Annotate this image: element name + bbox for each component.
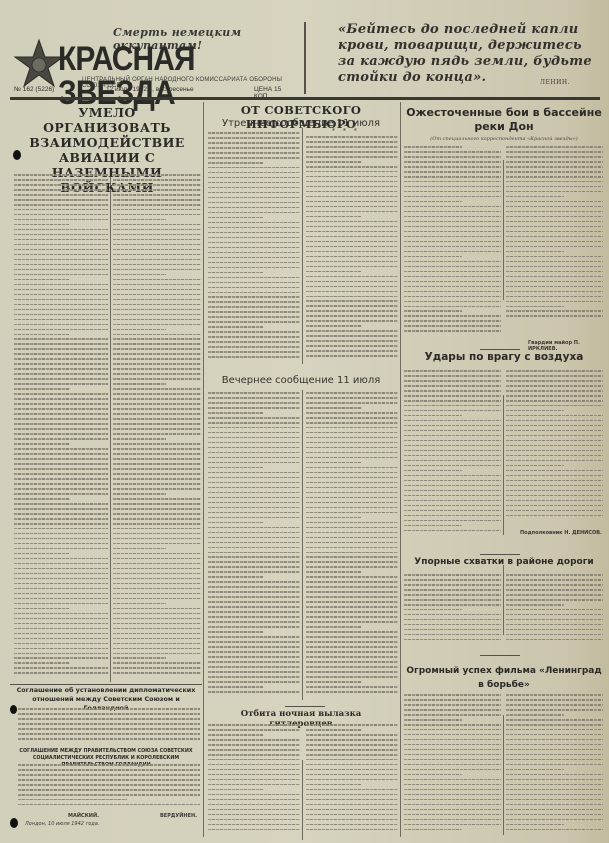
text-line: [113, 628, 201, 630]
text-line: [404, 819, 501, 821]
treaty-signatory-left: МАЙСКИЙ.: [68, 813, 99, 819]
text-line: [14, 613, 108, 615]
text-line: [113, 538, 201, 540]
text-line: [506, 266, 603, 268]
text-line: [506, 634, 603, 636]
text-line: [113, 204, 201, 206]
text-line: [113, 453, 201, 455]
text-line: [306, 759, 398, 761]
text-line: [14, 239, 108, 241]
text-line: [306, 611, 398, 613]
text-line: [306, 749, 398, 751]
text-line: [14, 264, 108, 266]
text-line: [208, 202, 300, 204]
text-line: [14, 657, 108, 659]
text-line: [18, 723, 200, 725]
text-line: [113, 418, 201, 420]
text-line: [306, 417, 398, 419]
text-line: [404, 784, 501, 786]
text-line: [113, 393, 201, 395]
text-line: [506, 236, 603, 238]
text-line: [506, 704, 603, 706]
text-line: [306, 221, 398, 223]
text-line: [208, 407, 300, 409]
text-line: [18, 738, 200, 740]
text-line: [506, 794, 603, 796]
text-line: [404, 261, 501, 263]
text-line: [113, 353, 201, 355]
text-line: [14, 598, 108, 600]
column-rule: [503, 715, 504, 835]
text-line: [14, 174, 108, 176]
text-line: [306, 789, 398, 791]
text-line: [113, 478, 201, 480]
text-line: [113, 563, 201, 565]
text-line: [113, 294, 201, 296]
text-line: [113, 438, 166, 440]
text-line: [208, 641, 300, 643]
text-line: [113, 603, 166, 605]
text-line: [14, 229, 108, 231]
text-line: [404, 176, 501, 178]
text-line: [506, 639, 603, 641]
text-line: [208, 331, 300, 333]
text-line: [404, 480, 501, 482]
text-line: [506, 375, 603, 377]
text-line: [306, 310, 398, 312]
text-line: [113, 373, 201, 375]
text-line: [404, 445, 501, 447]
text-line: [208, 212, 300, 214]
text-line: [306, 537, 398, 539]
text-line: [113, 234, 201, 236]
text-line: [306, 566, 398, 568]
text-line: [506, 490, 603, 492]
text-line: [306, 576, 398, 578]
text-line: [14, 553, 70, 555]
text-line: [208, 676, 300, 678]
text-line: [404, 734, 501, 736]
evening-report-col1: [208, 392, 300, 700]
text-line: [306, 300, 398, 302]
text-line: [208, 321, 300, 323]
text-line: [208, 527, 300, 529]
text-line: [113, 363, 201, 365]
text-line: [506, 734, 603, 736]
text-line: [14, 363, 108, 365]
text-line: [404, 500, 501, 502]
text-line: [113, 433, 201, 435]
text-line: [506, 281, 603, 283]
text-line: [404, 594, 501, 596]
text-line: [113, 189, 201, 191]
text-line: [14, 488, 108, 490]
text-line: [306, 402, 398, 404]
text-line: [14, 179, 108, 181]
text-line: [404, 619, 501, 621]
text-line: [113, 483, 201, 485]
text-line: [113, 324, 201, 326]
sortie-text-col1: [208, 724, 300, 838]
text-line: [208, 532, 300, 534]
text-line: [306, 462, 361, 464]
text-line: [506, 495, 603, 497]
text-line: [506, 799, 603, 801]
text-line: [404, 794, 501, 796]
text-line: [306, 171, 398, 173]
text-line: [113, 199, 201, 201]
air-text-col1: [404, 370, 501, 535]
text-line: [404, 276, 501, 278]
text-line: [306, 819, 398, 821]
text-line: [506, 161, 603, 163]
text-line: [506, 256, 603, 258]
text-line: [113, 209, 201, 211]
text-line: [208, 341, 300, 343]
text-line: [404, 306, 501, 308]
text-line: [404, 370, 501, 372]
text-line: [404, 241, 501, 243]
text-line: [506, 430, 603, 432]
text-line: [113, 648, 201, 650]
text-line: [14, 294, 108, 296]
text-line: [404, 216, 501, 218]
text-line: [306, 681, 361, 683]
text-line: [208, 769, 300, 771]
text-line: [208, 257, 300, 259]
text-line: [404, 505, 501, 507]
issue-number: № 162 (5226): [14, 86, 54, 93]
text-line: [208, 147, 300, 149]
text-line: [506, 291, 603, 293]
text-line: [14, 508, 108, 510]
text-line: [506, 599, 603, 601]
text-line: [306, 734, 398, 736]
text-line: [208, 232, 300, 234]
text-line: [404, 789, 501, 791]
text-line: [506, 824, 564, 826]
text-line: [113, 269, 201, 271]
text-line: [14, 443, 70, 445]
text-line: [113, 378, 201, 380]
text-line: [113, 214, 201, 216]
text-line: [506, 400, 603, 402]
text-line: [404, 415, 462, 417]
don-headline: Ожесточенные бои в бассейне реки Дон: [404, 106, 604, 134]
text-line: [506, 435, 603, 437]
text-line: [14, 194, 108, 196]
text-line: [404, 166, 501, 168]
text-line: [208, 666, 300, 668]
text-line: [404, 530, 501, 532]
text-line: [208, 606, 300, 608]
text-line: [208, 311, 300, 313]
masthead-divider: [304, 22, 306, 94]
text-line: [208, 472, 300, 474]
column-rule: [302, 390, 303, 700]
text-line: [506, 609, 603, 611]
text-line: [113, 289, 201, 291]
text-line: [208, 242, 300, 244]
air-headline: Удары по врагу с воздуха: [404, 351, 604, 363]
text-line: [208, 392, 300, 394]
text-line: [14, 314, 108, 316]
text-line: [404, 201, 462, 203]
text-line: [404, 380, 501, 382]
text-line: [208, 512, 300, 514]
text-line: [306, 291, 398, 293]
text-line: [14, 403, 108, 405]
text-line: [306, 427, 398, 429]
text-line: [306, 452, 398, 454]
text-line: [14, 274, 108, 276]
text-line: [306, 542, 398, 544]
text-line: [506, 624, 603, 626]
text-line: [14, 219, 108, 221]
text-line: [506, 151, 603, 153]
text-line: [113, 334, 201, 336]
text-line: [14, 643, 108, 645]
text-line: [208, 272, 263, 274]
text-line: [506, 296, 603, 298]
text-line: [14, 348, 108, 350]
text-line: [306, 256, 398, 258]
treaty-intro-text: [18, 708, 200, 746]
text-line: [113, 667, 201, 669]
text-line: [306, 141, 398, 143]
text-line: [506, 579, 603, 581]
text-line: [306, 804, 398, 806]
text-line: [404, 744, 501, 746]
text-line: [14, 249, 108, 251]
text-line: [113, 613, 201, 615]
text-line: [113, 343, 201, 345]
text-line: [506, 505, 603, 507]
text-line: [506, 619, 603, 621]
text-line: [306, 186, 398, 188]
text-line: [14, 543, 108, 545]
text-line: [113, 653, 201, 655]
text-line: [506, 769, 564, 771]
text-line: [506, 231, 603, 233]
column-rule: [503, 160, 504, 300]
text-line: [506, 729, 603, 731]
text-line: [208, 252, 300, 254]
text-line: [14, 343, 108, 345]
text-line: [113, 618, 201, 620]
text-line: [404, 256, 462, 258]
text-line: [113, 348, 201, 350]
text-line: [306, 345, 398, 347]
text-line: [306, 407, 361, 409]
text-line: [14, 393, 108, 395]
text-line: [113, 598, 201, 600]
section-divider: [480, 655, 520, 656]
text-line: [113, 219, 166, 221]
text-line: [404, 634, 501, 636]
editorial-text-col2: [113, 174, 201, 679]
text-line: [404, 156, 501, 158]
red-star-icon: [14, 38, 64, 88]
text-line: [208, 552, 300, 554]
treaty-signatory-right: ВЕРДУЙНЕН.: [160, 813, 197, 819]
text-line: [14, 259, 108, 261]
text-line: [506, 779, 603, 781]
text-line: [506, 251, 564, 253]
text-line: [306, 676, 398, 678]
text-line: [506, 739, 603, 741]
text-line: [208, 547, 300, 549]
text-line: [14, 623, 108, 625]
text-line: [208, 402, 300, 404]
text-line: [404, 465, 501, 467]
text-line: [113, 568, 201, 570]
text-line: [404, 266, 501, 268]
text-line: [306, 472, 398, 474]
text-line: [306, 744, 398, 746]
text-line: [18, 733, 200, 735]
text-line: [14, 533, 108, 535]
text-line: [306, 641, 398, 643]
text-line: [506, 470, 603, 472]
text-line: [506, 709, 603, 711]
text-line: [18, 713, 200, 715]
text-line: [113, 518, 201, 520]
text-line: [113, 403, 201, 405]
text-line: [208, 157, 300, 159]
text-line: [306, 146, 398, 148]
text-line: [306, 729, 361, 731]
text-line: [506, 614, 603, 616]
text-line: [506, 410, 564, 412]
text-line: [306, 631, 398, 633]
text-line: [506, 186, 603, 188]
text-line: [113, 184, 201, 186]
text-line: [14, 633, 108, 635]
ink-blot: [13, 150, 21, 160]
text-line: [208, 277, 300, 279]
text-line: [208, 412, 263, 414]
text-line: [208, 764, 300, 766]
text-line: [14, 254, 108, 256]
column-rule: [302, 760, 303, 840]
text-line: [14, 368, 108, 370]
text-line: [306, 561, 398, 563]
text-line: [208, 336, 300, 338]
text-line: [404, 320, 501, 322]
text-line: [208, 267, 300, 269]
text-line: [208, 586, 300, 588]
text-line: [14, 329, 108, 331]
text-line: [404, 754, 501, 756]
masthead: Смерть немецким оккупантам! КРАСНАЯ ЗВЕЗ…: [10, 8, 300, 90]
text-line: [113, 662, 201, 664]
text-line: [208, 197, 300, 199]
text-line: [404, 400, 501, 402]
text-line: [113, 643, 201, 645]
road-text-col1: [404, 574, 501, 646]
text-line: [113, 528, 201, 530]
treaty-body-text: [18, 764, 200, 812]
text-line: [208, 187, 300, 189]
morning-report-col2: [306, 136, 398, 364]
text-line: [404, 764, 501, 766]
text-line: [113, 573, 201, 575]
text-line: [306, 325, 361, 327]
text-line: [113, 508, 201, 510]
text-line: [14, 583, 108, 585]
text-line: [404, 774, 462, 776]
text-line: [404, 325, 501, 327]
treaty-rule: [10, 684, 202, 685]
text-line: [306, 266, 398, 268]
text-line: [404, 455, 501, 457]
text-line: [208, 784, 300, 786]
column-rule: [503, 395, 504, 535]
text-line: [306, 432, 398, 434]
text-line: [306, 547, 398, 549]
text-line: [506, 156, 603, 158]
text-line: [506, 206, 603, 208]
text-line: [306, 764, 398, 766]
text-line: [14, 428, 108, 430]
text-line: [113, 314, 201, 316]
text-line: [208, 779, 300, 781]
text-line: [113, 179, 201, 181]
text-line: [18, 728, 200, 730]
text-line: [306, 739, 398, 741]
text-line: [208, 282, 300, 284]
text-line: [404, 460, 501, 462]
text-line: [306, 556, 398, 558]
text-line: [404, 296, 501, 298]
text-line: [208, 457, 300, 459]
text-line: [14, 563, 108, 565]
text-line: [18, 764, 200, 766]
text-line: [14, 573, 108, 575]
section-divider: [480, 554, 520, 555]
text-line: [208, 227, 300, 229]
text-line: [404, 609, 462, 611]
text-line: [404, 584, 501, 586]
text-line: [404, 286, 501, 288]
text-line: [306, 784, 361, 786]
evening-report-col2: [306, 392, 398, 700]
text-line: [208, 566, 300, 568]
text-line: [113, 309, 201, 311]
text-line: [208, 581, 300, 583]
text-line: [14, 299, 108, 301]
text-line: [404, 385, 501, 387]
text-line: [306, 666, 398, 668]
text-line: [208, 427, 300, 429]
text-line: [506, 395, 603, 397]
text-line: [208, 542, 300, 544]
text-line: [14, 378, 108, 380]
text-line: [506, 784, 603, 786]
text-line: [113, 548, 166, 550]
text-line: [306, 596, 398, 598]
text-line: [208, 182, 300, 184]
text-line: [14, 284, 108, 286]
text-line: [506, 819, 603, 821]
text-line: [306, 829, 398, 831]
text-line: [208, 571, 300, 573]
text-line: [208, 417, 300, 419]
text-line: [14, 468, 108, 470]
text-line: [208, 621, 300, 623]
text-line: [404, 719, 462, 721]
